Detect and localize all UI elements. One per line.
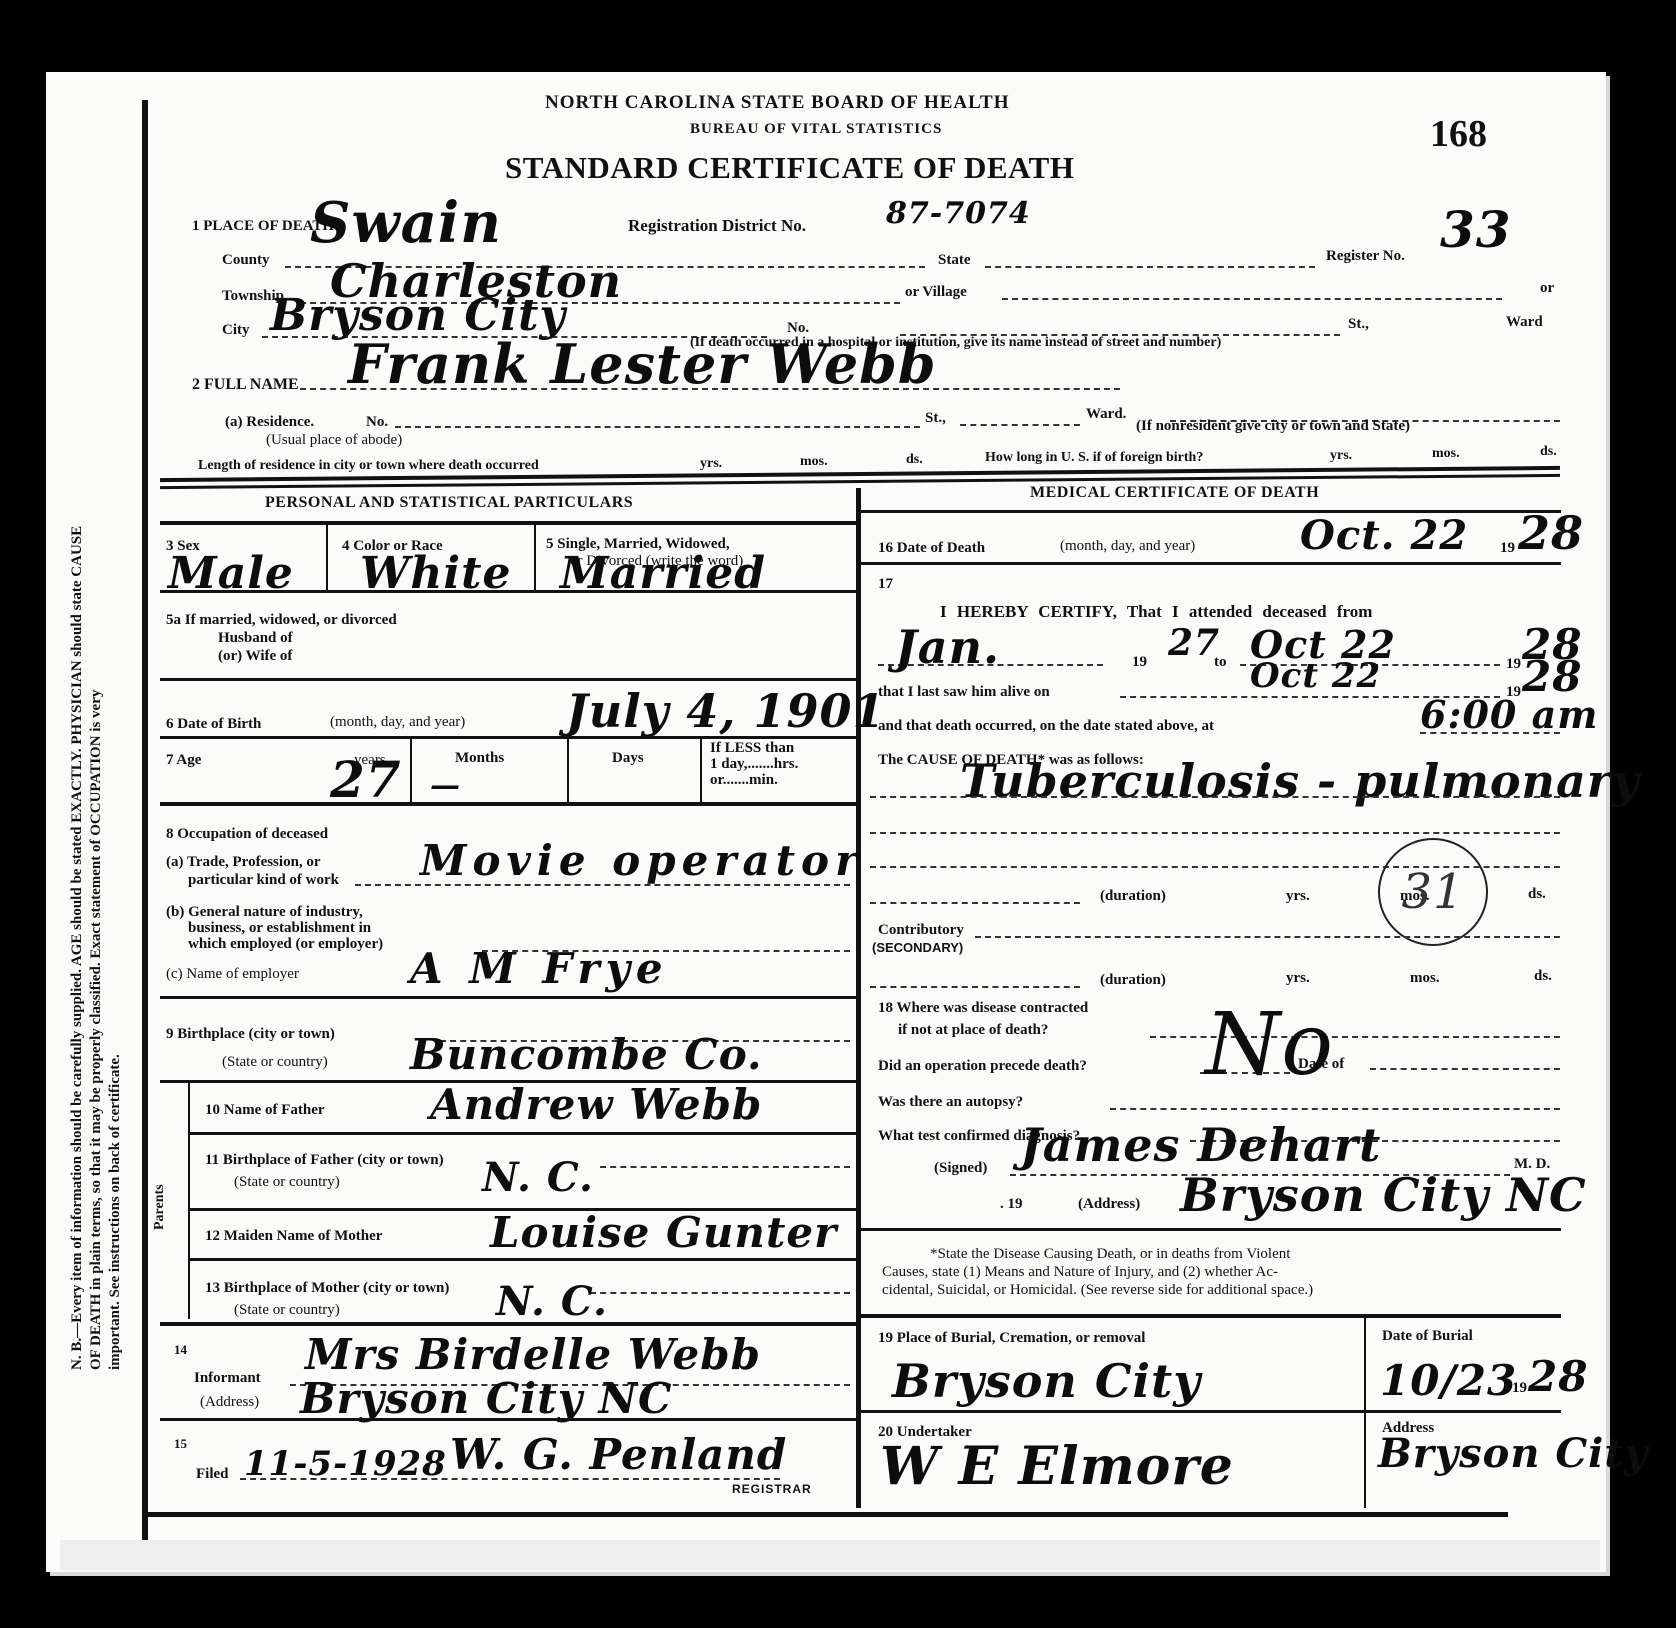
dob-hint: (month, day, and year) bbox=[330, 714, 465, 731]
dod-label: 16 Date of Death bbox=[878, 540, 985, 557]
industry-label-2: business, or establishment in bbox=[188, 920, 371, 937]
certificate-number: 168 bbox=[1430, 112, 1487, 156]
foreign-birth-label: How long in U. S. if of foreign birth? bbox=[985, 450, 1203, 466]
occupation-label: 8 Occupation of deceased bbox=[166, 826, 328, 843]
date-of-line bbox=[1370, 1068, 1560, 1070]
state-line bbox=[985, 266, 1315, 268]
rule bbox=[160, 1322, 856, 1326]
nonresident-note: (If nonresident give city or town and St… bbox=[1136, 418, 1410, 435]
center-divider bbox=[856, 488, 861, 1508]
trade-value: Movie operator bbox=[420, 836, 863, 885]
undertaker-value: W E Elmore bbox=[880, 1436, 1234, 1497]
burial-year: 28 bbox=[1528, 1352, 1588, 1401]
rule bbox=[534, 524, 536, 590]
rule bbox=[190, 1258, 856, 1261]
no-value: No bbox=[1205, 995, 1334, 1095]
cause-value: Tuberculosis - pulmonary bbox=[960, 754, 1640, 808]
attended-from-year: 27 bbox=[1168, 622, 1220, 664]
length-yrs: yrs. bbox=[700, 456, 722, 472]
rule bbox=[160, 678, 856, 681]
registration-district-label: Registration District No. bbox=[628, 216, 806, 236]
side-note-line-3: important. See instructions on back of c… bbox=[106, 110, 125, 1370]
employer-label: (c) Name of employer bbox=[166, 966, 299, 983]
rule bbox=[326, 524, 328, 590]
residence-st-label: St., bbox=[925, 410, 946, 427]
dod-value: Oct. 22 bbox=[1300, 512, 1468, 559]
rule bbox=[160, 996, 856, 999]
spouse-label-1: 5a If married, widowed, or divorced bbox=[166, 612, 397, 629]
filed-num: 15 bbox=[174, 1436, 187, 1452]
burial-divider bbox=[1364, 1318, 1366, 1508]
dod-year: 28 bbox=[1518, 506, 1584, 560]
less-label-1: If LESS than bbox=[710, 740, 794, 757]
item-18-label-1: 18 Where was disease contracted bbox=[878, 1000, 1088, 1017]
side-note-line-1: N. B.—Every item of information should b… bbox=[68, 110, 87, 1370]
industry-label-1: (b) General nature of industry, bbox=[166, 904, 363, 921]
death-time-value: 6:00 am bbox=[1420, 692, 1598, 737]
less-label-3: or.......min. bbox=[710, 772, 778, 789]
secondary-duration-line bbox=[870, 986, 1080, 988]
circled-code-stamp: 31 bbox=[1378, 838, 1488, 946]
birthplace-sublabel: (State or country) bbox=[222, 1054, 328, 1071]
duration-ds: ds. bbox=[1528, 886, 1546, 903]
foreign-mos: mos. bbox=[1432, 446, 1460, 462]
attended-from: Jan. bbox=[895, 620, 1000, 674]
death-time-label: and that death occurred, on the date sta… bbox=[878, 718, 1214, 735]
secondary-duration-ds: ds. bbox=[1534, 968, 1552, 985]
rule bbox=[567, 738, 569, 802]
father-birthplace-value: N. C. bbox=[482, 1154, 594, 1201]
less-label-2: 1 day,.......hrs. bbox=[710, 756, 798, 773]
age-years-value: 27 bbox=[330, 750, 402, 809]
last-saw-label: that I last saw him alive on bbox=[878, 684, 1050, 701]
city-label: City bbox=[222, 322, 250, 339]
autopsy-line bbox=[1110, 1108, 1560, 1110]
father-birthplace-sublabel: (State or country) bbox=[234, 1174, 340, 1191]
header-board: NORTH CAROLINA STATE BOARD OF HEALTH bbox=[545, 92, 1010, 114]
state-label: State bbox=[938, 252, 971, 269]
mother-name-label: 12 Maiden Name of Mother bbox=[205, 1228, 382, 1245]
burial-place-label: 19 Place of Burial, Cremation, or remova… bbox=[878, 1330, 1145, 1347]
foreign-ds: ds. bbox=[1540, 444, 1557, 460]
secondary-duration-yrs: yrs. bbox=[1286, 970, 1310, 987]
rule bbox=[410, 738, 412, 802]
contributory-label: Contributory bbox=[878, 922, 964, 939]
attended-to-year-prefix: 19 bbox=[1506, 656, 1521, 673]
parents-label: Parents bbox=[152, 1184, 168, 1230]
certify-text: I HEREBY CERTIFY, That I attended deceas… bbox=[940, 602, 1372, 622]
city-ward-label: Ward bbox=[1506, 314, 1543, 331]
spouse-label-3: (or) Wife of bbox=[218, 648, 292, 665]
rule bbox=[160, 521, 856, 525]
employer-value: A M Frye bbox=[410, 944, 669, 993]
full-name-value: Frank Lester Webb bbox=[348, 332, 937, 396]
signed-value: James Dehart bbox=[1020, 1118, 1381, 1172]
duration-yrs: yrs. bbox=[1286, 888, 1310, 905]
residence-ward-label: Ward. bbox=[1086, 406, 1126, 423]
registrar-signature: W. G. Penland bbox=[450, 1430, 787, 1479]
trade-label-1: (a) Trade, Profession, or bbox=[166, 854, 321, 871]
mother-birthplace-value: N. C. bbox=[496, 1278, 608, 1325]
to-label: to bbox=[1214, 654, 1227, 671]
informant-label: Informant bbox=[194, 1370, 261, 1387]
father-bp-line bbox=[600, 1166, 850, 1168]
rule bbox=[861, 562, 1561, 565]
page-title: STANDARD CERTIFICATE OF DEATH bbox=[505, 150, 1074, 186]
address-label: (Address) bbox=[1078, 1196, 1140, 1213]
footnote-line-2: Causes, state (1) Means and Nature of In… bbox=[882, 1264, 1278, 1281]
dob-label: 6 Date of Birth bbox=[166, 716, 261, 733]
address-value: Bryson City NC bbox=[1180, 1168, 1587, 1222]
rule bbox=[160, 736, 856, 739]
residence-sublabel: (Usual place of abode) bbox=[266, 432, 402, 449]
undertaker-address-value: Bryson City bbox=[1378, 1430, 1648, 1477]
item-17: 17 bbox=[878, 576, 893, 593]
village-line bbox=[1002, 298, 1502, 300]
rule bbox=[700, 738, 702, 802]
trade-label-2: particular kind of work bbox=[188, 872, 339, 889]
parents-rule bbox=[188, 1083, 190, 1319]
attended-from-year-prefix: 19 bbox=[1132, 654, 1147, 671]
paper-edge bbox=[60, 1540, 1600, 1570]
item-18-label-2: if not at place of death? bbox=[898, 1022, 1048, 1039]
age-days-label: Days bbox=[612, 750, 644, 767]
secondary-duration-mos: mos. bbox=[1410, 970, 1440, 987]
burial-date-label: Date of Burial bbox=[1382, 1328, 1473, 1345]
mother-bp-line bbox=[590, 1292, 850, 1294]
form-bottom-border bbox=[148, 1512, 1508, 1517]
county-label: County bbox=[222, 252, 270, 269]
rule bbox=[190, 1132, 856, 1135]
residence-line bbox=[395, 426, 920, 428]
side-note-line-2: OF DEATH in plain terms, so that it may … bbox=[87, 110, 106, 1370]
circled-code: 31 bbox=[1401, 864, 1464, 920]
rule bbox=[160, 1418, 856, 1421]
birthplace-value: Buncombe Co. bbox=[410, 1030, 763, 1079]
last-saw-value: Oct 22 bbox=[1250, 656, 1381, 696]
residence-st-line bbox=[960, 424, 1080, 426]
form-left-border bbox=[142, 100, 148, 1540]
cause-line-2 bbox=[870, 832, 1560, 834]
registration-district-value: 87-7074 bbox=[886, 196, 1031, 231]
burial-year-prefix: 19 bbox=[1512, 1380, 1527, 1397]
informant-address-value: Bryson City NC bbox=[300, 1374, 672, 1423]
spouse-label-2: Husband of bbox=[218, 630, 293, 647]
burial-place-value: Bryson City bbox=[892, 1354, 1201, 1408]
filed-label: Filed bbox=[196, 1466, 229, 1483]
rule bbox=[861, 1410, 1561, 1413]
personal-section-title: PERSONAL AND STATISTICAL PARTICULARS bbox=[265, 494, 633, 512]
filed-value: 11-5-1928 bbox=[244, 1444, 447, 1484]
secondary-label: (SECONDARY) bbox=[872, 940, 963, 955]
medical-section-title: MEDICAL CERTIFICATE OF DEATH bbox=[1030, 484, 1319, 502]
age-months-label: Months bbox=[455, 750, 504, 767]
or-village-label: or Village bbox=[905, 284, 967, 301]
burial-date-value: 10/23 bbox=[1380, 1356, 1517, 1405]
register-no-label: Register No. bbox=[1326, 248, 1405, 265]
length-ds: ds. bbox=[906, 452, 923, 468]
foreign-yrs: yrs. bbox=[1330, 448, 1352, 464]
city-st-label: St., bbox=[1348, 316, 1369, 333]
age-label: 7 Age bbox=[166, 752, 201, 769]
mother-birthplace-sublabel: (State or country) bbox=[234, 1302, 340, 1319]
age-months-value: — bbox=[430, 768, 461, 803]
autopsy-label: Was there an autopsy? bbox=[878, 1094, 1023, 1111]
duration-label: (duration) bbox=[1100, 888, 1166, 905]
industry-label-3: which employed (or employer) bbox=[188, 936, 383, 953]
cause-line-1 bbox=[870, 796, 1560, 798]
rule bbox=[861, 1314, 1561, 1318]
register-no-value: 33 bbox=[1440, 200, 1512, 259]
contributory-line bbox=[975, 936, 1560, 938]
length-mos: mos. bbox=[800, 454, 828, 470]
residence-no-label: No. bbox=[366, 414, 388, 431]
rule bbox=[861, 1228, 1561, 1231]
mother-name-value: Louise Gunter bbox=[490, 1208, 837, 1257]
informant-num: 14 bbox=[174, 1342, 187, 1358]
birthplace-label: 9 Birthplace (city or town) bbox=[166, 1026, 335, 1043]
mother-birthplace-label: 13 Birthplace of Mother (city or town) bbox=[205, 1280, 449, 1297]
full-name-label: 2 FULL NAME bbox=[192, 376, 299, 394]
rule bbox=[160, 802, 856, 806]
dod-hint: (month, day, and year) bbox=[1060, 538, 1195, 555]
footnote-line-3: cidental, Suicidal, or Homicidal. (See r… bbox=[882, 1282, 1313, 1299]
informant-address-label: (Address) bbox=[200, 1394, 259, 1411]
informant-value: Mrs Birdelle Webb bbox=[305, 1330, 761, 1379]
county-value: Swain bbox=[310, 190, 502, 256]
secondary-duration-label: (duration) bbox=[1100, 972, 1166, 989]
dob-value: July 4, 1901 bbox=[566, 684, 886, 738]
dot-19: . 19 bbox=[1000, 1196, 1023, 1213]
or-label: or bbox=[1540, 280, 1554, 297]
father-name-value: Andrew Webb bbox=[430, 1080, 762, 1129]
registrar-label: REGISTRAR bbox=[732, 1482, 812, 1496]
duration-line bbox=[870, 902, 1080, 904]
length-of-residence-label: Length of residence in city or town wher… bbox=[198, 458, 539, 474]
side-instructions: N. B.—Every item of information should b… bbox=[68, 110, 138, 1370]
dod-year-prefix: 19 bbox=[1500, 540, 1515, 557]
signed-label: (Signed) bbox=[934, 1160, 987, 1177]
father-birthplace-label: 11 Birthplace of Father (city or town) bbox=[205, 1152, 444, 1169]
residence-label: (a) Residence. bbox=[225, 414, 314, 431]
footnote-line-1: *State the Disease Causing Death, or in … bbox=[930, 1246, 1290, 1263]
rule bbox=[160, 590, 856, 593]
header-bureau: BUREAU OF VITAL STATISTICS bbox=[690, 121, 942, 138]
operation-label: Did an operation precede death? bbox=[878, 1058, 1087, 1075]
father-name-label: 10 Name of Father bbox=[205, 1102, 325, 1119]
